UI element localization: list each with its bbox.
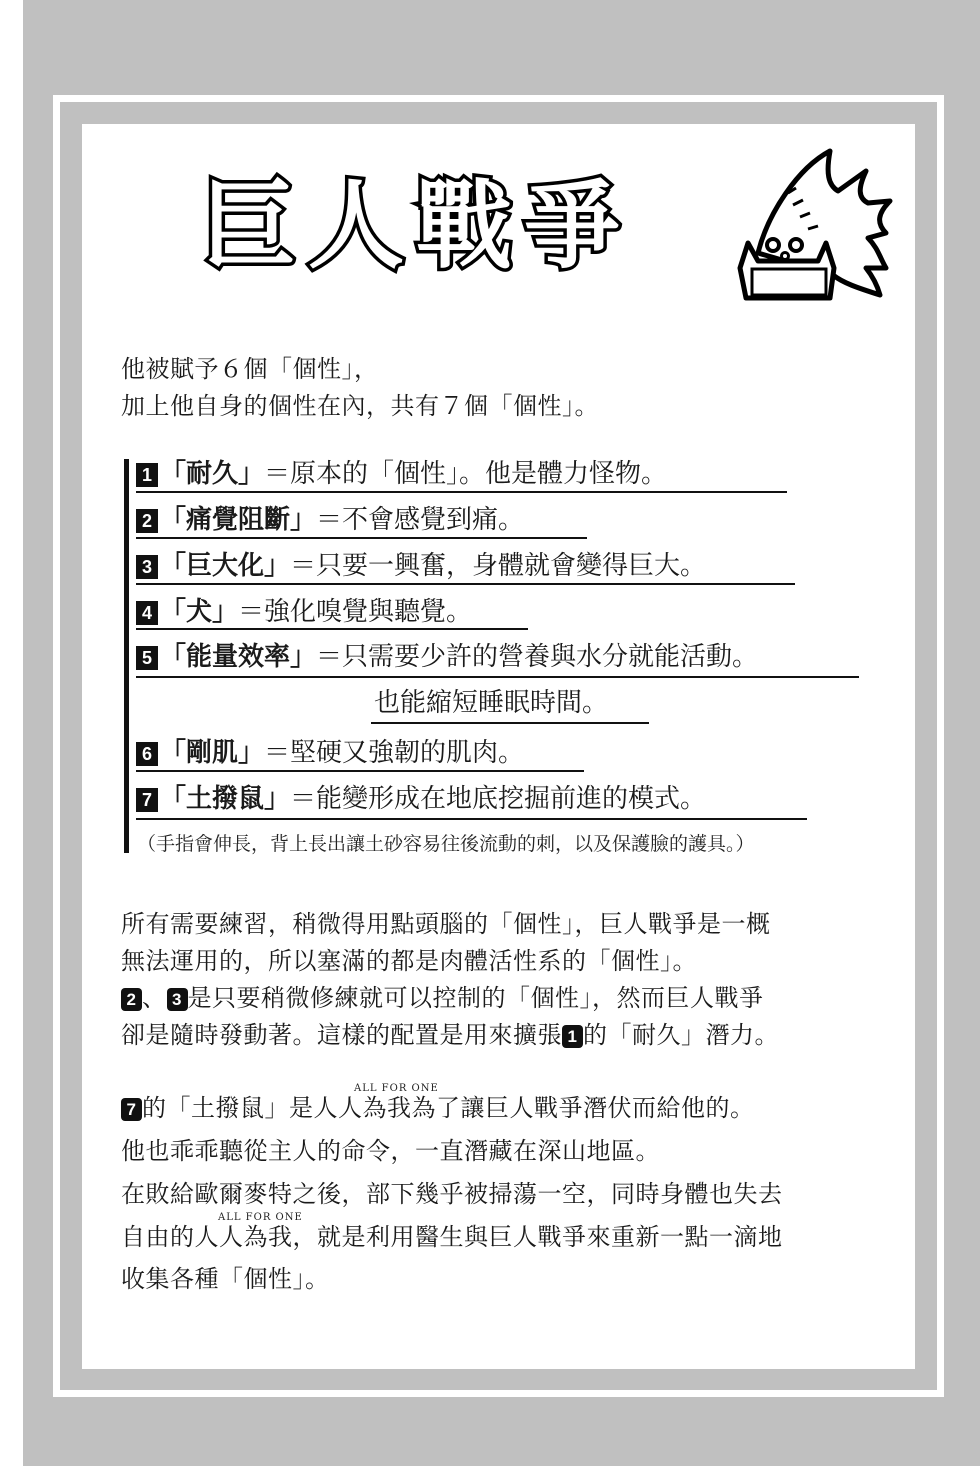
number-badge: 2 bbox=[121, 988, 142, 1011]
paragraph2-line-5: 收集各種「個性」。 bbox=[121, 1267, 330, 1291]
number-badge: 7 bbox=[136, 788, 158, 812]
number-badge: 1 bbox=[562, 1025, 583, 1048]
quirk-name: 「耐久」 bbox=[160, 459, 264, 489]
paragraph1-line-4-pre: 卻是隨時發動著。這樣的配置是用來擴張 bbox=[121, 1021, 562, 1049]
quirk-name: 「犬」 bbox=[160, 597, 238, 627]
quirk-name: 「巨大化」 bbox=[160, 551, 290, 581]
ruby-annotation: ALL FOR ONE bbox=[218, 1212, 303, 1223]
paragraph2-line-3: 在敗給歐爾麥特之後，部下幾乎被掃蕩一空，同時身體也失去 bbox=[121, 1182, 783, 1206]
paragraph1-line-3: 2、3是只要稍微修練就可以控制的「個性」，然而巨人戰爭 bbox=[121, 986, 764, 1011]
quirk-desc: ＝只需要少許的營養與水分就能活動。 bbox=[316, 642, 758, 672]
underline bbox=[136, 770, 584, 772]
intro-line-1: 他被賦予６個「個性」， bbox=[121, 357, 379, 381]
quirk-item-2: 2「痛覺阻斷」＝不會感覺到痛。 bbox=[136, 507, 524, 533]
underline bbox=[136, 818, 807, 820]
number-badge: 1 bbox=[136, 463, 158, 487]
underline bbox=[136, 583, 795, 585]
intro-line-2: 加上他自身的個性在內，共有７個「個性」。 bbox=[121, 394, 599, 418]
number-badge: 5 bbox=[136, 646, 158, 670]
underline bbox=[136, 537, 587, 539]
number-badge: 6 bbox=[136, 742, 158, 766]
quirk-desc: ＝強化嗅覺與聽覺。 bbox=[238, 597, 472, 627]
quirk-note: （手指會伸長，背上長出讓土砂容易往後流動的刺，以及保護臉的護具。） bbox=[137, 829, 755, 856]
number-badge: 7 bbox=[121, 1098, 142, 1121]
paragraph1-line-3-text: 是只要稍微修練就可以控制的「個性」，然而巨人戰爭 bbox=[188, 984, 764, 1012]
quirk-item-5: 5「能量效率」＝只需要少許的營養與水分就能活動。 bbox=[136, 644, 758, 670]
quirk-item-1: 1「耐久」＝原本的「個性」。他是體力怪物。 bbox=[136, 461, 667, 487]
number-badge: 3 bbox=[136, 555, 158, 579]
quirk-desc: ＝原本的「個性」。他是體力怪物。 bbox=[264, 459, 667, 489]
paragraph1-line-4: 卻是隨時發動著。這樣的配置是用來擴張1的「耐久」潛力。 bbox=[121, 1023, 779, 1048]
underline bbox=[371, 722, 649, 724]
quirk-desc: ＝能變形成在地底挖掘前進的模式。 bbox=[290, 784, 706, 814]
quirk-item-3: 3「巨大化」＝只要一興奮，身體就會變得巨大。 bbox=[136, 553, 706, 579]
paragraph1-line-2: 無法運用的，所以塞滿的都是肉體活性系的「個性」。 bbox=[121, 949, 697, 973]
quirk-desc: ＝只要一興奮，身體就會變得巨大。 bbox=[290, 551, 706, 581]
page-title: 巨人戰爭 bbox=[200, 178, 632, 274]
quirk-name: 「痛覺阻斷」 bbox=[160, 505, 316, 535]
underline bbox=[136, 676, 859, 678]
quirk-item-6: 6「剛肌」＝堅硬又強韌的肌肉。 bbox=[136, 740, 524, 766]
separator: 、 bbox=[142, 984, 167, 1012]
mascot-icon bbox=[718, 143, 898, 308]
number-badge: 2 bbox=[136, 509, 158, 533]
paragraph2-line-1: 7的「土撥鼠」是人人為我為了讓巨人戰爭潛伏而給他的。 bbox=[121, 1096, 755, 1121]
quirk-name: 「能量效率」 bbox=[160, 642, 316, 672]
quirk-item-5-continuation: 也能縮短睡眠時間。 bbox=[374, 690, 608, 716]
ruby-annotation: ALL FOR ONE bbox=[354, 1083, 439, 1094]
quirk-name: 「土撥鼠」 bbox=[160, 784, 290, 814]
quirk-item-7: 7「土撥鼠」＝能變形成在地底挖掘前進的模式。 bbox=[136, 786, 706, 812]
quirk-name: 「剛肌」 bbox=[160, 738, 264, 768]
quirk-desc: ＝不會感覺到痛。 bbox=[316, 505, 524, 535]
paragraph1-line-1: 所有需要練習，稍微得用點頭腦的「個性」，巨人戰爭是一概 bbox=[121, 912, 771, 936]
underline bbox=[136, 491, 787, 493]
quirk-item-4: 4「犬」＝強化嗅覺與聽覺。 bbox=[136, 599, 472, 625]
paragraph2-line-2: 他也乖乖聽從主人的命令，一直潛藏在深山地區。 bbox=[121, 1139, 660, 1163]
underline bbox=[136, 628, 528, 630]
number-badge: 4 bbox=[136, 601, 158, 625]
quirk-list-bar bbox=[124, 459, 129, 853]
number-badge: 3 bbox=[167, 988, 188, 1011]
paragraph2-line-4: 自由的人人為我，就是利用醫生與巨人戰爭來重新一點一滴地 bbox=[121, 1225, 783, 1249]
quirk-desc: ＝堅硬又強韌的肌肉。 bbox=[264, 738, 524, 768]
paragraph2-line-1-text: 的「土撥鼠」是人人為我為了讓巨人戰爭潛伏而給他的。 bbox=[142, 1094, 755, 1122]
paragraph1-line-4-post: 的「耐久」潛力。 bbox=[583, 1021, 779, 1049]
